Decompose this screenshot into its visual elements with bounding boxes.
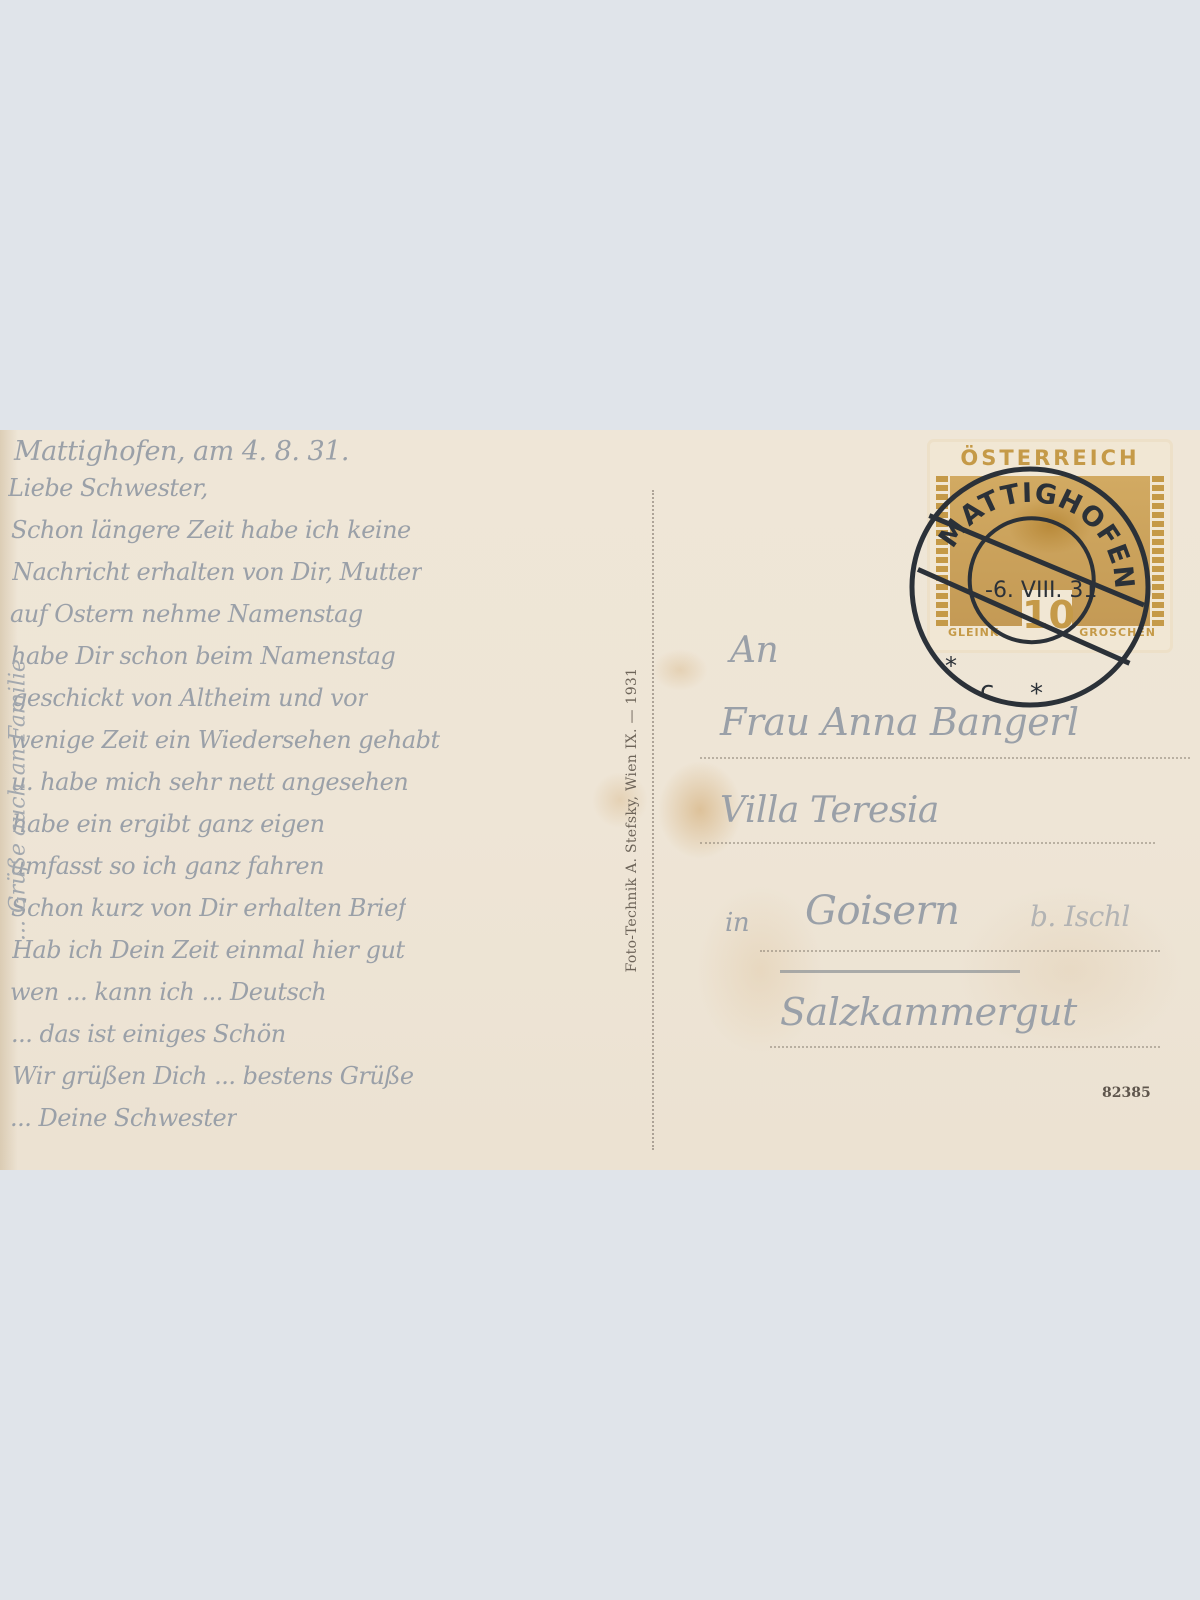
address-rule-3 bbox=[760, 950, 1160, 952]
serial-number: 82385 bbox=[1102, 1085, 1151, 1101]
address-rule-2 bbox=[700, 842, 1155, 844]
address-rule-1 bbox=[700, 757, 1190, 759]
printer-imprint: Foto-Technik A. Stefsky, Wien IX. — 1931 bbox=[624, 668, 640, 973]
letter-line: auf Ostern nehme Namenstag bbox=[10, 600, 363, 628]
letter-line: wen ... kann ich ... Deutsch bbox=[10, 978, 326, 1006]
letter-line: u. habe mich sehr nett angesehen bbox=[11, 768, 408, 796]
postmark-code: c bbox=[980, 676, 994, 706]
address-town-prefix: in bbox=[725, 908, 749, 938]
letter-line: Schon längere Zeit habe ich keine bbox=[11, 516, 411, 544]
letter-line: Liebe Schwester, bbox=[8, 474, 208, 502]
letter-line: Hab ich Dein Zeit einmal hier gut bbox=[12, 936, 405, 964]
address-salutation: An bbox=[730, 630, 778, 671]
town-underline bbox=[780, 970, 1020, 973]
letter-line: ... Deine Schwester bbox=[10, 1104, 237, 1132]
postmark-date: -6. VIII. 31 bbox=[985, 578, 1097, 603]
postcard: Mattighofen, am 4. 8. 31. Liebe Schweste… bbox=[0, 430, 1200, 1170]
postmark-cancel: MATTIGHOFEN -6. VIII. 31 c * * bbox=[905, 462, 1155, 712]
letter-line: Nachricht erhalten von Dir, Mutter bbox=[12, 558, 422, 586]
letter-dateline: Mattighofen, am 4. 8. 31. bbox=[14, 436, 349, 467]
letter-line: ... das ist einiges Schön bbox=[11, 1020, 286, 1048]
divider-line bbox=[652, 490, 654, 1150]
postmark-star-right: * bbox=[1030, 679, 1043, 709]
letter-line: Wir grüßen Dich ... bestens Grüße bbox=[12, 1062, 414, 1090]
address-region: Salzkammergut bbox=[780, 990, 1077, 1034]
address-town-suffix: b. Ischl bbox=[1030, 900, 1130, 933]
letter-line: habe Dir schon beim Namenstag bbox=[11, 642, 395, 670]
letter-line: Schon kurz von Dir erhalten Brief bbox=[11, 894, 406, 922]
address-street: Villa Teresia bbox=[720, 790, 939, 831]
letter-line: wenige Zeit ein Wiedersehen gehabt bbox=[10, 726, 440, 754]
letter-line: habe ein ergibt ganz eigen bbox=[12, 810, 325, 838]
letter-line: geschickt von Altheim und vor bbox=[12, 684, 368, 712]
postmark-star-left: * bbox=[945, 652, 957, 680]
letter-margin-note: ... Grüße auch an Familie bbox=[6, 659, 31, 941]
address-rule-4 bbox=[770, 1046, 1160, 1048]
address-town: Goisern bbox=[805, 888, 959, 934]
letter-line: umfasst so ich ganz fahren bbox=[10, 852, 324, 880]
